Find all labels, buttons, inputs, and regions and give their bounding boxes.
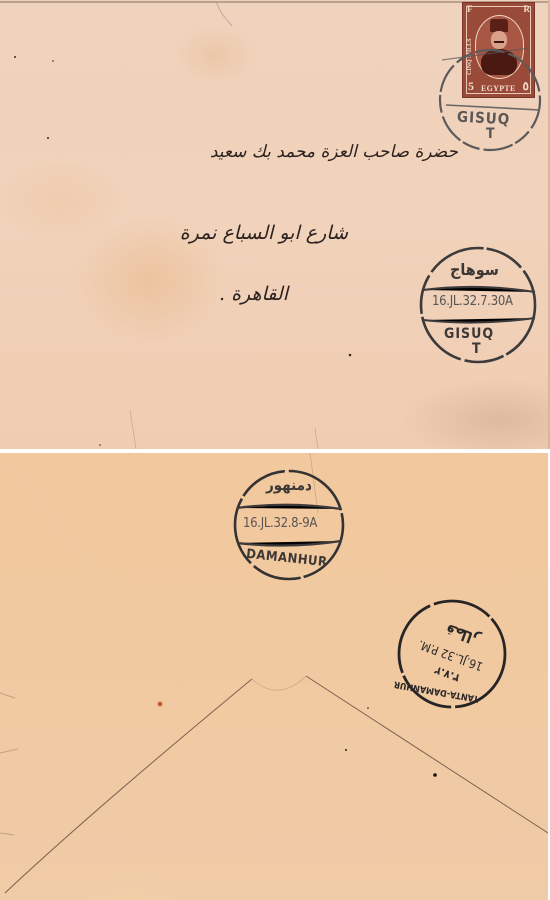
front-postmark-office: GISUQ [444,326,494,342]
envelope-back: دمنهور 16.JL.32.8-9A DAMANHUR TANTA-DAMA… [0,453,548,900]
front-postmark-ring [0,0,548,449]
envelope-front: F R 5 ٥ EGYPTE CINQ MILLS GISUQ T حضرة ص… [0,0,550,449]
front-postmark-date: 16.JL.32.7.30A [432,294,513,309]
front-postmark-sub: T [472,341,481,357]
back-postmark-2-number: ٣.٧.٢ [433,664,462,685]
front-postmark-arabic: سوهاج [450,260,499,279]
back-postmark-2-arabic: قطار [443,620,482,649]
